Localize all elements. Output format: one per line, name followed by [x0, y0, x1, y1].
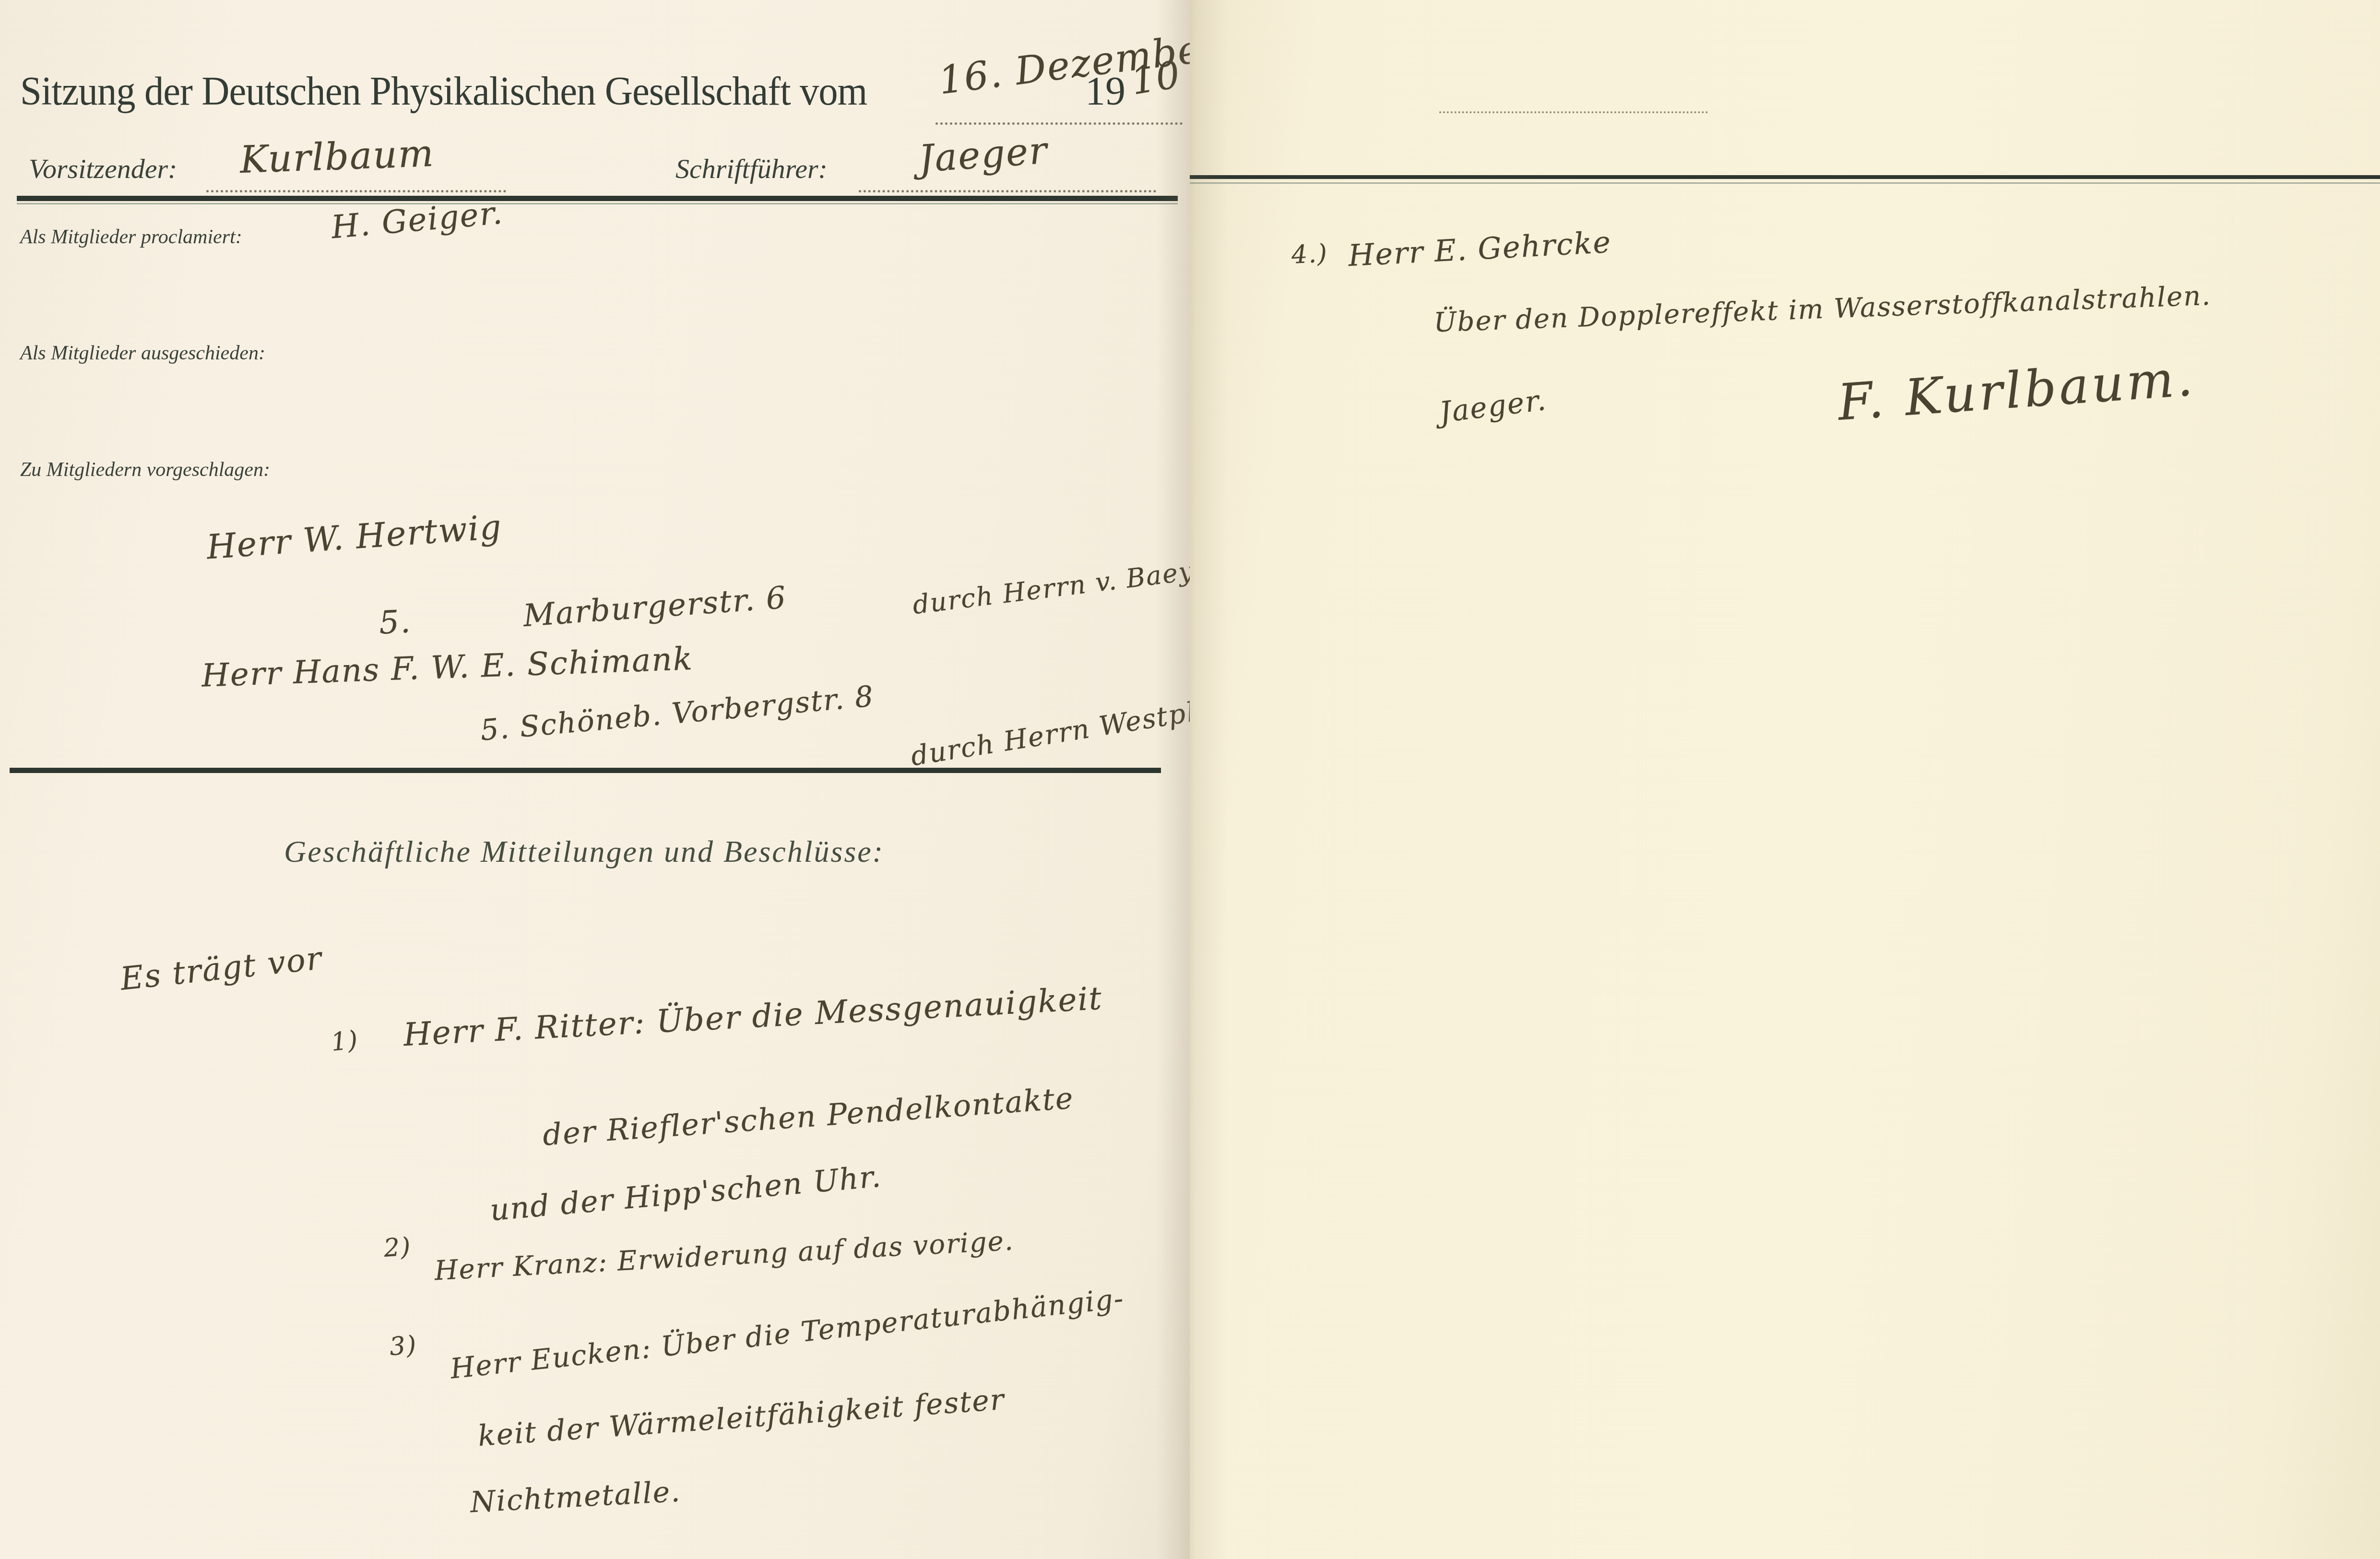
header-rule-echo	[17, 203, 1178, 204]
header-rule	[17, 196, 1178, 201]
secretary-name-handwritten: Jaeger	[917, 129, 1049, 181]
members-proposed-label: Zu Mitgliedern vorgeschlagen:	[20, 458, 270, 481]
proposed-entry2-via: durch Herrn Westphal	[909, 691, 1233, 773]
business-heading: Geschäftliche Mitteilungen und Beschlüss…	[284, 834, 884, 869]
proposed-entry2-address: 5. Schöneb. Vorbergstr. 8	[479, 679, 876, 748]
talks-intro-handwritten: Es trägt vor	[118, 940, 324, 998]
talk4-line2: Über den Dopplereffekt im Wasserstoffkan…	[1433, 280, 2212, 339]
proposed-entry1-name: Herr W. Hertwig	[205, 507, 503, 567]
talk1-number: 1)	[330, 1025, 360, 1057]
proposed-entry2-name: Herr Hans F. W. E. Schimank	[201, 640, 694, 694]
signature-chair: F. Kurlbaum.	[1836, 348, 2197, 432]
talk3-line1: Herr Eucken: Über die Temperaturabhängig…	[449, 1282, 1125, 1385]
chair-label: Vorsitzender:	[29, 153, 177, 185]
talk2-line1: Herr Kranz: Erwiderung auf das vorige.	[434, 1225, 1015, 1286]
talk3-line2: keit der Wärmeleitfähigkeit fester	[477, 1383, 1006, 1453]
year-handwritten: 10	[1128, 53, 1184, 103]
talk1-line3: und der Hipp'schen Uhr.	[488, 1158, 883, 1227]
session-title: Sitzung der Deutschen Physikalischen Ges…	[20, 68, 867, 115]
signature-secretary: Jaeger.	[1438, 383, 1549, 430]
members-proclaimed-handwritten: H. Geiger.	[330, 194, 504, 246]
top-dotted-fragment	[1439, 111, 1708, 113]
chair-name-handwritten: Kurlbaum	[239, 132, 436, 182]
left-page: Sitzung der Deutschen Physikalischen Ges…	[0, 0, 1190, 1559]
section-rule	[10, 768, 1161, 773]
proposed-entry1-via: durch Herrn v. Baeyer	[911, 552, 1225, 620]
right-header-rule-echo	[1190, 182, 2380, 184]
talk2-number: 2)	[383, 1232, 412, 1263]
proposed-entry1-number: 5.	[378, 603, 412, 641]
members-resigned-label: Als Mitglieder ausgeschieden:	[20, 342, 265, 365]
members-proclaimed-label: Als Mitglieder proclamiert:	[20, 226, 242, 249]
talk1-line2: der Riefler'schen Pendelkontakte	[542, 1080, 1075, 1152]
secretary-label: Schriftführer:	[675, 153, 828, 185]
date-dotted-line	[935, 122, 1183, 125]
chair-dotted-line	[206, 190, 506, 192]
talk3-line3: Nichtmetalle.	[469, 1475, 681, 1520]
right-header-rule	[1190, 175, 2380, 179]
talk1-line1: Herr F. Ritter: Über die Messgenauigkeit	[403, 980, 1103, 1053]
proposed-entry1-address: Marburgerstr. 6	[522, 580, 788, 634]
talk3-number: 3)	[388, 1331, 418, 1362]
talk4-number: 4.)	[1291, 239, 1328, 270]
protocol-book-spread: Sitzung der Deutschen Physikalischen Ges…	[0, 0, 2380, 1559]
secretary-dotted-line	[859, 190, 1156, 192]
year-printed: 19	[1085, 68, 1125, 115]
right-page: 4.) Herr E. Gehrcke Über den Dopplereffe…	[1190, 0, 2380, 1559]
talk4-line1: Herr E. Gehrcke	[1347, 225, 1612, 274]
